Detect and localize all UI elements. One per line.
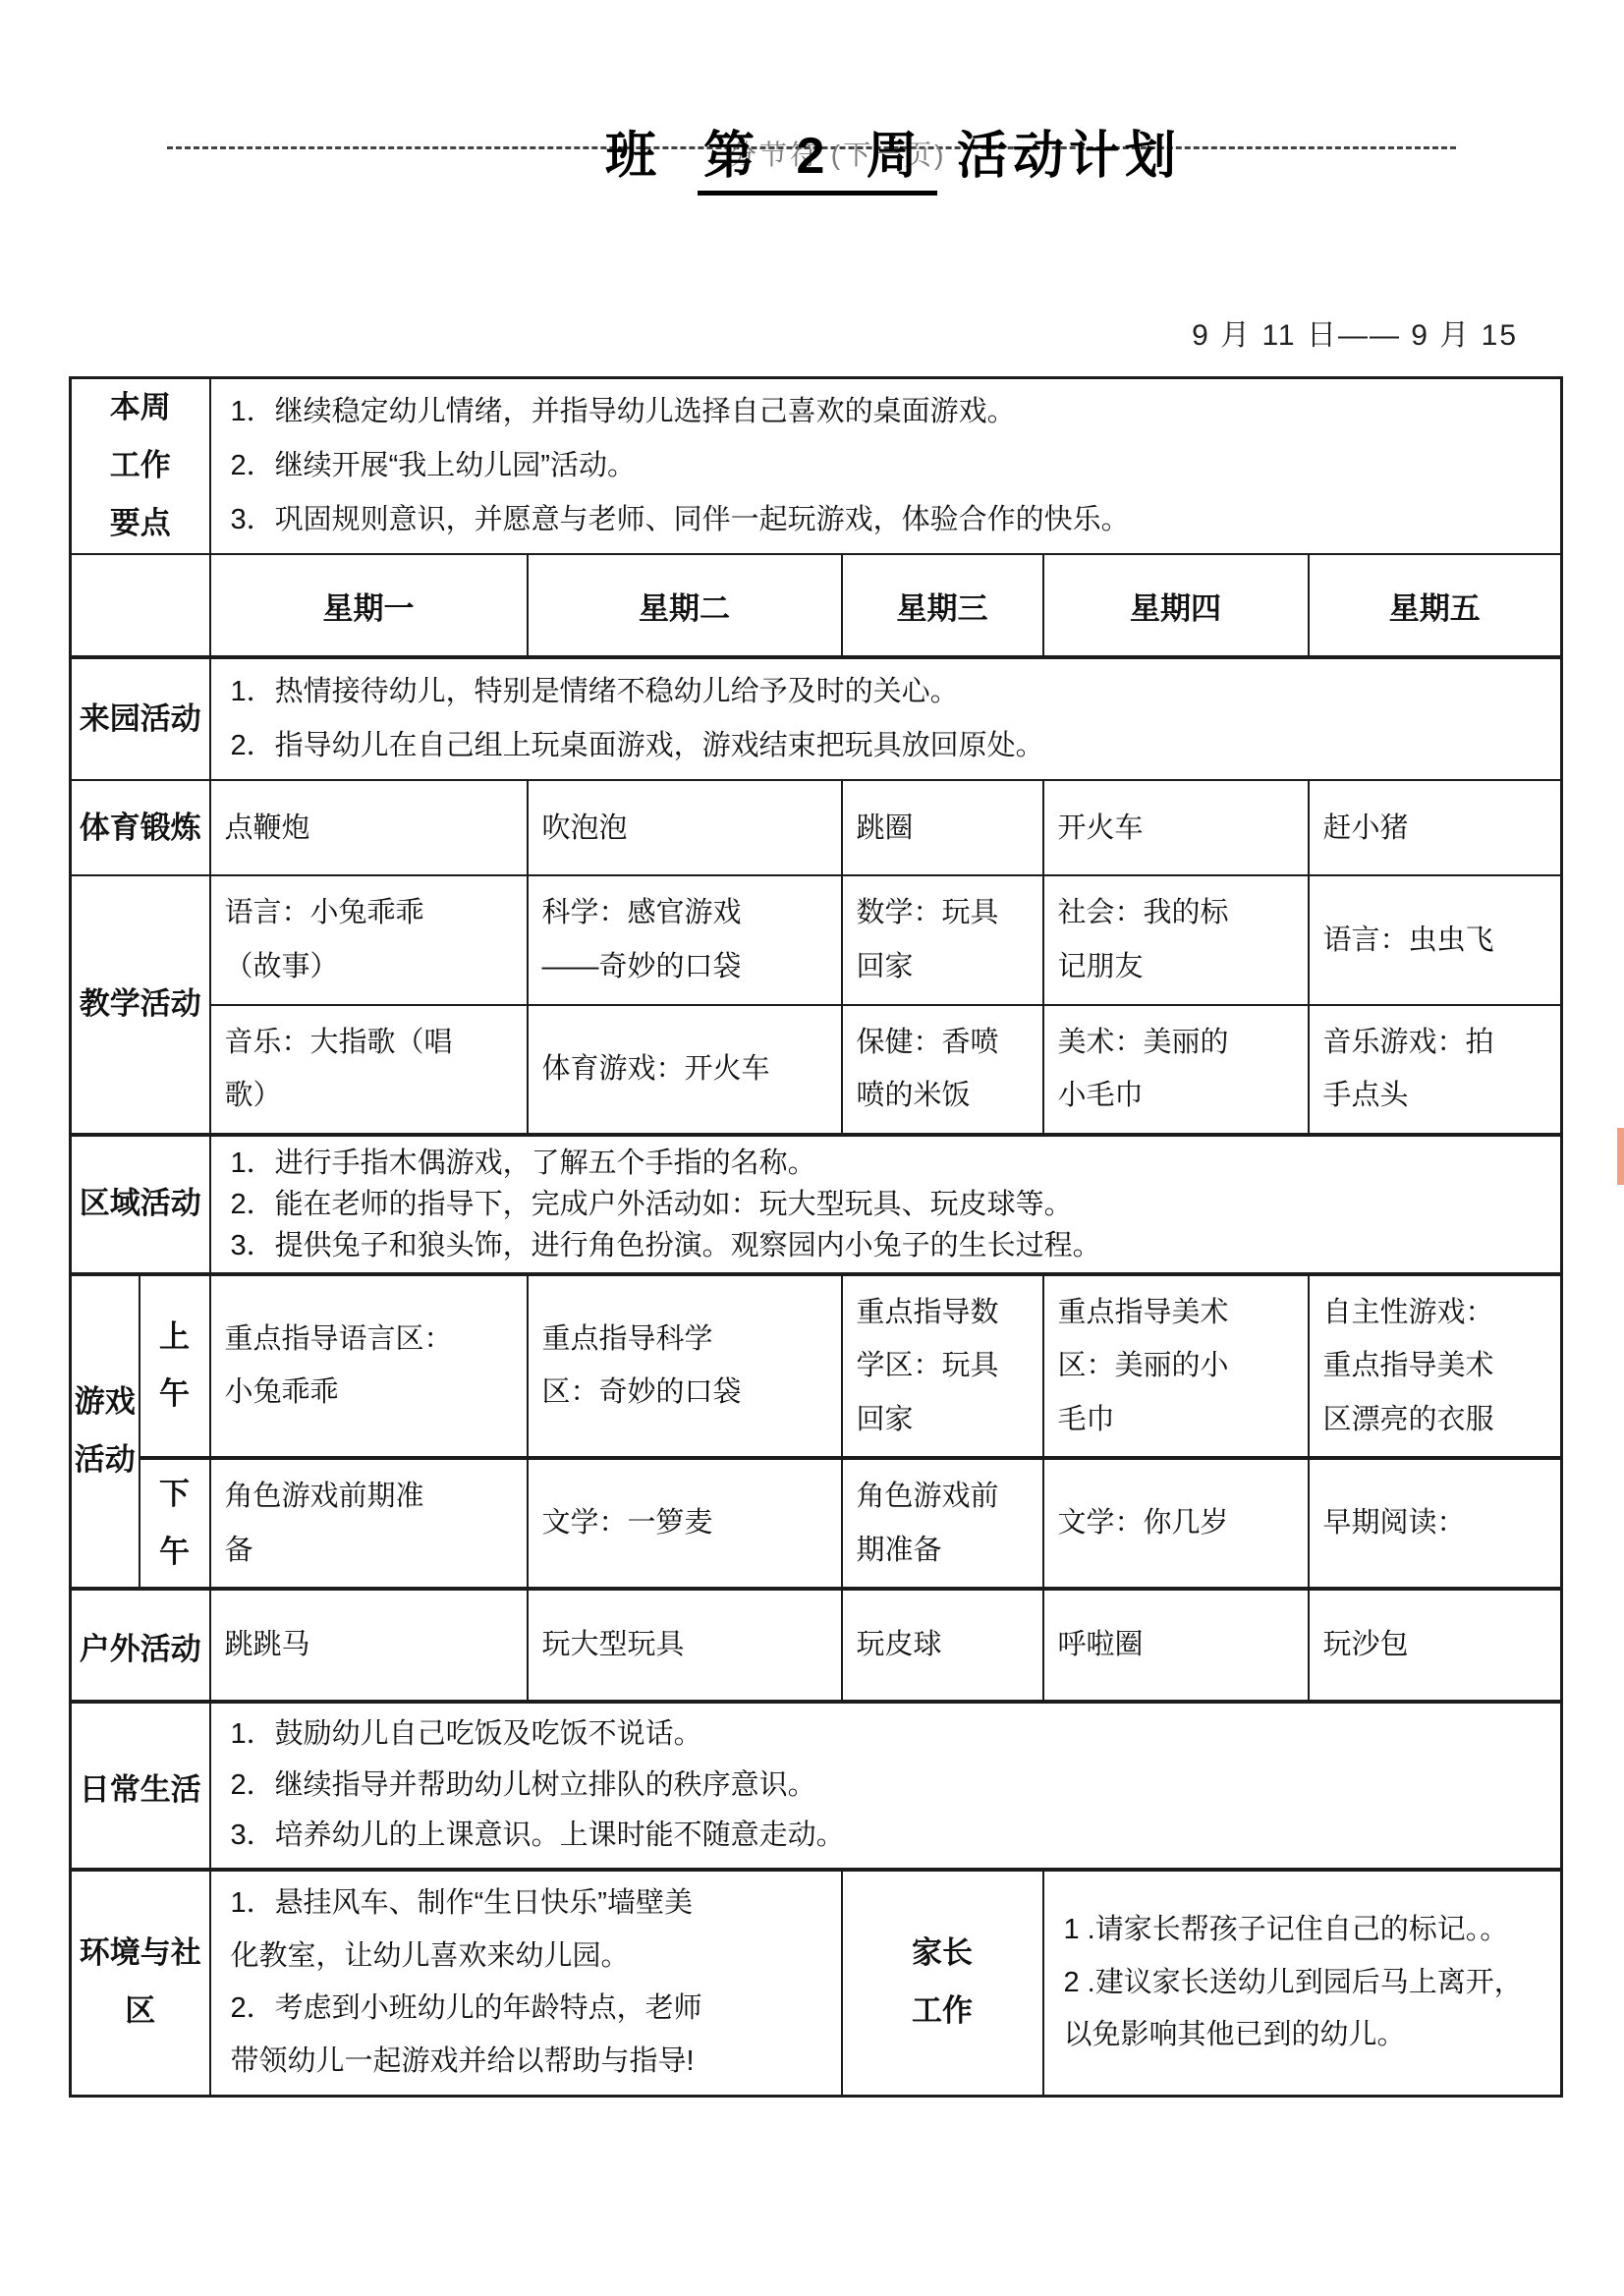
list-item: 2．能在老师的指导下，完成户外活动如：玩大型玩具、玩皮球等。 — [231, 1184, 1545, 1225]
outdoor-tue: 玩大型玩具 — [528, 1589, 842, 1702]
teaching2-tue: 体育游戏：开火车 — [528, 1005, 842, 1135]
games-label: 游戏 活动 — [71, 1274, 140, 1590]
area-content: 1．进行手指木偶游戏，了解五个手指的名称。 2．能在老师的指导下，完成户外活动如… — [210, 1135, 1562, 1274]
teaching-label: 教学活动 — [71, 875, 210, 1134]
list-item: 1 .请家长帮孩子记住自己的标记。。 — [1064, 1904, 1545, 1957]
row-outdoor: 户外活动 跳跳马 玩大型玩具 玩皮球 呼啦圈 玩沙包 — [71, 1589, 1562, 1702]
list-item: 1．鼓励幼儿自己吃饭及吃饭不说话。 — [231, 1709, 1545, 1761]
row-arrival: 来园活动 1．热情接待幼儿，特别是情绪不稳幼儿给予及时的关心。 2．指导幼儿在自… — [71, 657, 1562, 780]
weekly-focus-label: 本周 工作 要点 — [71, 378, 210, 555]
outdoor-fri: 玩沙包 — [1309, 1589, 1562, 1702]
list-item: 1．悬挂风车、制作“生日快乐”墙壁美 化教室，让幼儿喜欢来幼儿园。 — [231, 1877, 825, 1983]
arrival-content: 1．热情接待幼儿，特别是情绪不稳幼儿给予及时的关心。 2．指导幼儿在自己组上玩桌… — [210, 657, 1562, 780]
teaching1-thu: 社会：我的标 记朋友 — [1043, 875, 1309, 1004]
row-games-morning: 游戏 活动 上 午 重点指导语言区： 小兔乖乖 重点指导科学 区：奇妙的口袋 重… — [71, 1274, 1562, 1459]
row-daily: 日常生活 1．鼓励幼儿自己吃饭及吃饭不说话。 2．继续指导并帮助幼儿树立排队的秩… — [71, 1702, 1562, 1870]
physical-thu: 开火车 — [1043, 780, 1309, 875]
games-pm-mon: 角色游戏前期准 备 — [210, 1458, 528, 1589]
list-item: 2．指导幼儿在自己组上玩桌面游戏，游戏结束把玩具放回原处。 — [231, 719, 1545, 773]
outdoor-label: 户外活动 — [71, 1589, 210, 1702]
physical-mon: 点鞭炮 — [210, 780, 528, 875]
row-community: 环境与社区 1．悬挂风车、制作“生日快乐”墙壁美 化教室，让幼儿喜欢来幼儿园。 … — [71, 1870, 1562, 2096]
outdoor-mon: 跳跳马 — [210, 1589, 528, 1702]
outdoor-wed: 玩皮球 — [842, 1589, 1043, 1702]
games-am-wed: 重点指导数 学区：玩具 回家 — [842, 1274, 1043, 1459]
games-pm-thu: 文学：你几岁 — [1043, 1458, 1309, 1589]
games-pm-fri: 早期阅读： — [1309, 1458, 1562, 1589]
games-am-mon: 重点指导语言区： 小兔乖乖 — [210, 1274, 528, 1459]
list-item: 3．培养幼儿的上课意识。上课时能不随意走动。 — [231, 1811, 1545, 1862]
label-line: 游戏 — [74, 1373, 137, 1431]
label-line: 工作 — [845, 1983, 1040, 2041]
page-title: 班第 2 周活动计划 — [605, 114, 1181, 188]
teaching2-mon: 音乐：大指歌（唱 歌） — [210, 1005, 528, 1135]
games-am-fri: 自主性游戏： 重点指导美术 区漂亮的衣服 — [1309, 1274, 1562, 1459]
games-am-thu: 重点指导美术 区：美丽的小 毛巾 — [1043, 1274, 1309, 1459]
physical-label: 体育锻炼 — [71, 780, 210, 875]
games-pm-tue: 文学：一箩麦 — [528, 1458, 842, 1589]
list-item: 1．继续稳定幼儿情绪，并指导幼儿选择自己喜欢的桌面游戏。 — [231, 385, 1545, 439]
teaching2-wed: 保健：香喷 喷的米饭 — [842, 1005, 1043, 1135]
list-item: 2．继续指导并帮助幼儿树立排队的秩序意识。 — [231, 1761, 1545, 1812]
document-page: 分节符 (下一页) 班第 2 周活动计划 9 月 11 日—— 9 月 15 本… — [0, 0, 1624, 2296]
outdoor-thu: 呼啦圈 — [1043, 1589, 1309, 1702]
title-week-part: 第 2 周 — [698, 128, 937, 196]
physical-fri: 赶小猪 — [1309, 780, 1562, 875]
weekly-plan-table: 本周 工作 要点 1．继续稳定幼儿情绪，并指导幼儿选择自己喜欢的桌面游戏。 2．… — [69, 376, 1563, 2098]
teaching2-fri: 音乐游戏：拍 手点头 — [1309, 1005, 1562, 1135]
list-item: 1．热情接待幼儿，特别是情绪不稳幼儿给予及时的关心。 — [231, 665, 1545, 719]
list-item: 3．巩固规则意识，并愿意与老师、同伴一起玩游戏，体验合作的快乐。 — [231, 493, 1545, 547]
parent-work-content: 1 .请家长帮孩子记住自己的标记。。 2 .建议家长送幼儿到园后马上离开， 以免… — [1043, 1870, 1562, 2096]
weekday-mon: 星期一 — [210, 554, 528, 657]
physical-wed: 跳圈 — [842, 780, 1043, 875]
list-item: 2．继续开展“我上幼儿园”活动。 — [231, 439, 1545, 493]
games-am-tue: 重点指导科学 区：奇妙的口袋 — [528, 1274, 842, 1459]
games-morning-label: 上 午 — [140, 1274, 210, 1459]
row-weekday-header: 星期一 星期二 星期三 星期四 星期五 — [71, 554, 1562, 657]
games-afternoon-label: 下 午 — [140, 1458, 210, 1589]
row-teaching-1: 教学活动 语言：小兔乖乖 （故事） 科学：感官游戏 ——奇妙的口袋 数学：玩具 … — [71, 875, 1562, 1004]
title-suffix-part: 活动计划 — [957, 128, 1181, 185]
teaching1-tue: 科学：感官游戏 ——奇妙的口袋 — [528, 875, 842, 1004]
weekday-fri: 星期五 — [1309, 554, 1562, 657]
label-line: 家长 — [845, 1925, 1040, 1983]
list-item: 2．考虑到小班幼儿的年龄特点，老师 带领幼儿一起游戏并给以帮助与指导! — [231, 1983, 825, 2088]
row-weekly-focus: 本周 工作 要点 1．继续稳定幼儿情绪，并指导幼儿选择自己喜欢的桌面游戏。 2．… — [71, 378, 1562, 555]
label-line: 活动 — [74, 1431, 137, 1489]
row-area: 区域活动 1．进行手指木偶游戏，了解五个手指的名称。 2．能在老师的指导下，完成… — [71, 1135, 1562, 1274]
area-label: 区域活动 — [71, 1135, 210, 1274]
row-games-afternoon: 下 午 角色游戏前期准 备 文学：一箩麦 角色游戏前 期准备 文学：你几岁 早期… — [71, 1458, 1562, 1589]
label-line: 午 — [142, 1524, 207, 1582]
weekday-tue: 星期二 — [528, 554, 842, 657]
weekly-focus-content: 1．继续稳定幼儿情绪，并指导幼儿选择自己喜欢的桌面游戏。 2．继续开展“我上幼儿… — [210, 378, 1562, 555]
label-line: 下 — [142, 1466, 207, 1524]
weekday-thu: 星期四 — [1043, 554, 1309, 657]
games-pm-wed: 角色游戏前 期准备 — [842, 1458, 1043, 1589]
teaching1-fri: 语言：虫虫飞 — [1309, 875, 1562, 1004]
daily-label: 日常生活 — [71, 1702, 210, 1870]
bookmark-mark — [1617, 1128, 1624, 1185]
teaching1-wed: 数学：玩具 回家 — [842, 875, 1043, 1004]
row-teaching-2: 音乐：大指歌（唱 歌） 体育游戏：开火车 保健：香喷 喷的米饭 美术：美丽的 小… — [71, 1005, 1562, 1135]
daily-content: 1．鼓励幼儿自己吃饭及吃饭不说话。 2．继续指导并帮助幼儿树立排队的秩序意识。 … — [210, 1702, 1562, 1870]
label-line: 本周 — [74, 379, 207, 437]
label-line: 上 — [142, 1309, 207, 1367]
parent-work-label: 家长 工作 — [842, 1870, 1043, 2096]
weekday-header-empty-cell — [71, 554, 210, 657]
physical-tue: 吹泡泡 — [528, 780, 842, 875]
label-line: 要点 — [74, 495, 207, 553]
weekday-wed: 星期三 — [842, 554, 1043, 657]
community-label: 环境与社区 — [71, 1870, 210, 2096]
arrival-label: 来园活动 — [71, 657, 210, 780]
label-line: 工作 — [74, 437, 207, 495]
list-item: 1．进行手指木偶游戏，了解五个手指的名称。 — [231, 1143, 1545, 1184]
title-class-part: 班 — [605, 128, 656, 185]
list-item: 2 .建议家长送幼儿到园后马上离开， 以免影响其他已到的幼儿。 — [1064, 1957, 1545, 2062]
teaching2-thu: 美术：美丽的 小毛巾 — [1043, 1005, 1309, 1135]
teaching1-mon: 语言：小兔乖乖 （故事） — [210, 875, 528, 1004]
community-content: 1．悬挂风车、制作“生日快乐”墙壁美 化教室，让幼儿喜欢来幼儿园。 2．考虑到小… — [210, 1870, 842, 2096]
date-range: 9 月 11 日—— 9 月 15 — [1192, 310, 1518, 354]
row-physical: 体育锻炼 点鞭炮 吹泡泡 跳圈 开火车 赶小猪 — [71, 780, 1562, 875]
list-item: 3．提供兔子和狼头饰，进行角色扮演。观察园内小兔子的生长过程。 — [231, 1225, 1545, 1266]
label-line: 午 — [142, 1366, 207, 1424]
